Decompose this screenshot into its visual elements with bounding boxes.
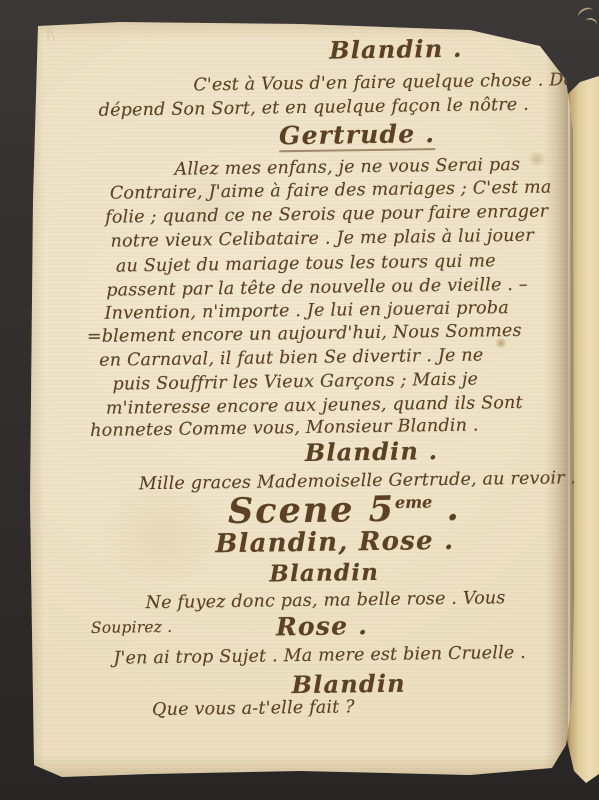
binding-thread-icon [584,16,599,29]
speaker-heading-blandin: Blandin [76,666,574,703]
dialogue-line: notre vieux Celibataire . Je me plais à … [110,226,534,252]
dialogue-line: C'est à Vous d'en faire quelque chose . … [193,69,574,95]
speaker-heading-gertrude: Gertrude . [84,116,574,153]
photograph-backdrop: Blandin . C'est à Vous d'en faire quelqu… [0,0,599,800]
dialogue-line: Que vous a-t'elle fait ? [152,697,355,720]
speaker-heading-rose: Rose . [276,611,368,641]
dialogue-line: Allez mes enfans, je ne vous Serai pas [174,155,520,180]
dialogue-line: folie ; quand ce ne Serois que pour fair… [105,202,548,228]
dialogue-line: Ne fuyez donc pas, ma belle rose . Vous [145,588,505,613]
scene-heading-period: . [432,488,461,529]
dialogue-line: =blement encore un aujourd'hui, Nous Som… [87,321,522,347]
dialogue-line: en Carnaval, il faut bien Se divertir . … [99,345,483,370]
speaker-heading-blandin: Blandin [51,556,574,591]
dialogue-line: Contraire, J'aime à faire des mariages ;… [110,177,552,203]
dialogue-line: J'en ai trop Sujet . Ma mere est bien Cr… [113,643,526,669]
dialogue-line: au Sujet du mariage tous les tours qui m… [116,251,496,276]
scene-number-superscript: eme [395,493,433,513]
scene-heading-text: Scene 5 [228,489,396,532]
handwritten-text: Blandin . C'est à Vous d'en faire quelqu… [28,20,574,780]
dialogue-line: Invention, n'importe . Je lui en jouerai… [104,298,509,324]
dialogue-line: passent par la tête de nouvelle ou de vi… [106,275,528,301]
underlined-heading-text: Gertrude . [279,119,436,152]
manuscript-page: Blandin . C'est à Vous d'en faire quelqu… [28,20,574,780]
dialogue-line: dépend Son Sort, et en quelque façon le … [99,95,529,121]
speaker-heading-blandin: Blandin . [123,31,574,68]
scene-characters-heading: Blandin, Rose . [62,524,574,562]
stage-direction: Soupirez . [91,618,173,637]
dialogue-line: puis Souffrir les Vieux Garçons ; Mais j… [112,370,478,395]
stage-direction-row: Soupirez .Rose . [91,618,173,637]
